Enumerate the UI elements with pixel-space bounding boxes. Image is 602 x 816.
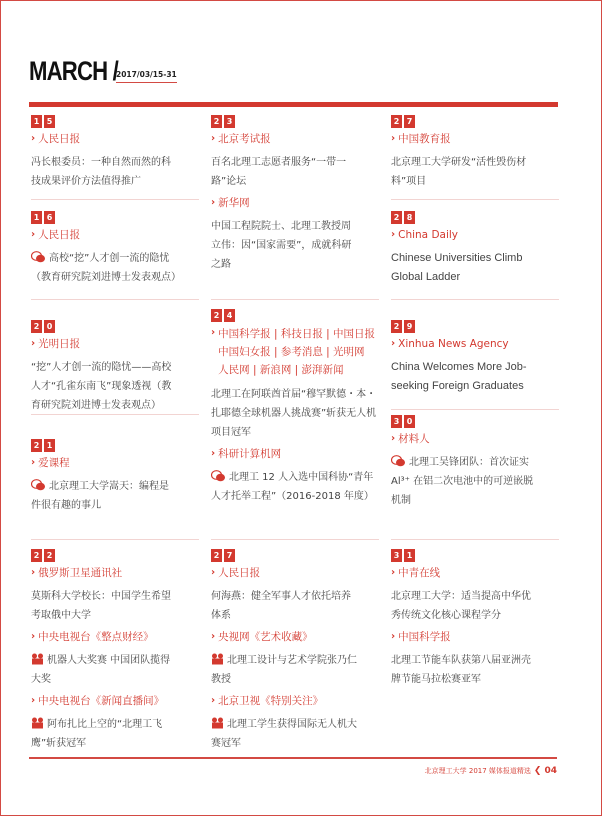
source-link[interactable]: ›材料人 (391, 431, 538, 447)
column-3-bottom: 31 ›中青在线 北京理工大学：适当提高中华优秀传统文化核心课程学分 ›中国科学… (391, 549, 538, 693)
entry-28: 28 ›China Daily Chinese Universities Cli… (391, 211, 538, 287)
entry-30: 30 ›材料人 北理工吴锋团队：首次证实 Al³⁺ 在铝二次电池中的可逆嵌脱机制 (391, 415, 538, 514)
entry-27-second: 27 ›人民日报 何海燕：健全军事人才依托培养体系 ›央视网《艺术收藏》 北理工… (211, 549, 358, 753)
headline[interactable]: 百名北理工志愿者服务“一带一路”论坛 (211, 153, 358, 191)
chevron-right-icon: › (31, 336, 35, 352)
source-link[interactable]: ›中青在线 (391, 565, 538, 581)
chevron-right-icon: › (211, 446, 215, 462)
column-2-bottom: 27 ›人民日报 何海燕：健全军事人才依托培养体系 ›央视网《艺术收藏》 北理工… (211, 549, 358, 757)
column-1: 15 ›人民日报 冯长根委员：一种自然而然的科技成果评价方法值得推广 16 ›人… (31, 115, 178, 519)
source-link[interactable]: ›中央电视台《整点财经》 (31, 629, 178, 645)
wechat-icon (391, 455, 406, 467)
divider (31, 199, 199, 200)
chevron-right-icon: › (31, 693, 35, 709)
headline[interactable]: “挖”人才创一流的隐忧——高校人才“孔雀东南飞”现象透视（教育研究院刘进博士发表… (31, 358, 178, 415)
chevron-left-icon: ❮ (534, 766, 542, 776)
entry-27: 27 ›中国教育报 北京理工大学研发“活性毁伤材料”项目 (391, 115, 538, 191)
divider (391, 409, 559, 410)
page-title: MARCH / (29, 58, 118, 85)
chevron-right-icon: › (391, 227, 395, 243)
chevron-right-icon: › (211, 629, 215, 645)
footer-text: 北京理工大学 2017 媒体报道精选 (425, 766, 531, 776)
source-link[interactable]: ›央视网《艺术收藏》 (211, 629, 358, 645)
top-rule (29, 102, 558, 107)
divider (31, 299, 199, 300)
column-2: 23 ›北京考试报 百名北理工志愿者服务“一带一路”论坛 ›新华网 中国工程院院… (211, 115, 358, 278)
video-icon (211, 653, 224, 665)
footer-rule (29, 757, 557, 759)
date-range: 2017/03/15-31 (116, 70, 177, 83)
chevron-right-icon: › (31, 455, 35, 471)
source-link[interactable]: ›China Daily (391, 227, 538, 243)
entry-22: 22 ›俄罗斯卫星通讯社 莫斯科大学校长：中国学生希望考取俄中大学 ›中央电视台… (31, 549, 178, 753)
headline[interactable]: 中国工程院院士、北理工教授周立伟：因“国家需要”，成就科研之路 (211, 217, 358, 274)
day-badge: 23 (211, 115, 358, 128)
entry-23: 23 ›北京考试报 百名北理工志愿者服务“一带一路”论坛 ›新华网 中国工程院院… (211, 115, 358, 274)
day-badge: 15 (31, 115, 178, 128)
day-badge: 20 (31, 320, 178, 333)
wechat-icon (211, 470, 226, 482)
entry-20: 20 ›光明日报 “挖”人才创一流的隐忧——高校人才“孔雀东南飞”现象透视（教育… (31, 320, 178, 415)
divider (31, 414, 199, 415)
headline[interactable]: 机器人大奖赛 中国团队揽得大奖 (31, 651, 178, 689)
headline[interactable]: 北理工吴锋团队：首次证实 Al³⁺ 在铝二次电池中的可逆嵌脱机制 (391, 453, 538, 510)
chevron-right-icon: › (391, 565, 395, 581)
chevron-right-icon: › (391, 629, 395, 645)
headline[interactable]: 何海燕：健全军事人才依托培养体系 (211, 587, 358, 625)
entry-15: 15 ›人民日报 冯长根委员：一种自然而然的科技成果评价方法值得推广 (31, 115, 178, 191)
column-3: 27 ›中国教育报 北京理工大学研发“活性毁伤材料”项目 28 ›China D… (391, 115, 538, 400)
chevron-right-icon: › (31, 629, 35, 645)
headline[interactable]: 高校“挖”人才创一流的隐忧（教育研究院刘进博士发表观点） (31, 249, 178, 287)
day-badge: 22 (31, 549, 178, 562)
chevron-right-icon: › (211, 565, 215, 581)
entry-16: 16 ›人民日报 高校“挖”人才创一流的隐忧（教育研究院刘进博士发表观点） (31, 211, 178, 287)
day-badge: 24 (211, 309, 379, 322)
divider (391, 199, 559, 200)
day-badge: 27 (391, 115, 538, 128)
wechat-icon (31, 251, 46, 263)
headline[interactable]: 北理工学生获得国际无人机大赛冠军 (211, 715, 358, 753)
video-icon (31, 717, 44, 729)
divider (31, 539, 199, 540)
source-link[interactable]: ›北京考试报 (211, 131, 358, 147)
source-link[interactable]: ›北京卫视《特别关注》 (211, 693, 358, 709)
entry-31: 31 ›中青在线 北京理工大学：适当提高中华优秀传统文化核心课程学分 ›中国科学… (391, 549, 538, 689)
source-link[interactable]: ›科研计算机网 (211, 446, 379, 462)
chevron-right-icon: › (211, 325, 215, 341)
headline[interactable]: 北京理工大学嵩天：编程是件很有趣的事儿 (31, 477, 178, 515)
headline[interactable]: 冯长根委员：一种自然而然的科技成果评价方法值得推广 (31, 153, 178, 191)
source-link[interactable]: ›中国教育报 (391, 131, 538, 147)
entry-24: 24 › 中国科学报 | 科技日报 | 中国日报 中国妇女报 | 参考消息 | … (211, 309, 379, 510)
headline[interactable]: China Welcomes More Job-seeking Foreign … (391, 358, 538, 396)
column-1-bottom: 22 ›俄罗斯卫星通讯社 莫斯科大学校长：中国学生希望考取俄中大学 ›中央电视台… (31, 549, 178, 757)
day-badge: 28 (391, 211, 538, 224)
day-badge: 29 (391, 320, 538, 333)
divider (391, 539, 559, 540)
chevron-right-icon: › (211, 131, 215, 147)
entry-29: 29 ›Xinhua News Agency China Welcomes Mo… (391, 320, 538, 396)
source-link[interactable]: ›中央电视台《新闻直播间》 (31, 693, 178, 709)
headline[interactable]: 莫斯科大学校长：中国学生希望考取俄中大学 (31, 587, 178, 625)
chevron-right-icon: › (391, 336, 395, 352)
chevron-right-icon: › (211, 693, 215, 709)
entry-21: 21 ›爱课程 北京理工大学嵩天：编程是件很有趣的事儿 (31, 439, 178, 515)
headline[interactable]: Chinese Universities Climb Global Ladder (391, 249, 538, 287)
chevron-right-icon: › (31, 565, 35, 581)
source-link[interactable]: ›新华网 (211, 195, 358, 211)
wechat-icon (31, 479, 46, 491)
source-link[interactable]: ›爱课程 (31, 455, 178, 471)
headline[interactable]: 北理工在阿联酋首届“穆罕默德・本・扎耶德全球机器人挑战赛”斩获无人机项目冠军 (211, 385, 379, 442)
headline[interactable]: 北理工节能车队获第八届亚洲壳牌节能马拉松赛亚军 (391, 651, 538, 689)
source-link[interactable]: ›人民日报 (211, 565, 358, 581)
source-link[interactable]: › 中国科学报 | 科技日报 | 中国日报 中国妇女报 | 参考消息 | 光明网… (211, 325, 379, 379)
chevron-right-icon: › (31, 227, 35, 243)
source-link[interactable]: ›Xinhua News Agency (391, 336, 538, 352)
headline[interactable]: 北理工 12 人入选中国科协“青年人才托举工程”（2016-2018 年度） (211, 468, 379, 506)
source-link[interactable]: ›人民日报 (31, 131, 178, 147)
source-link[interactable]: ›人民日报 (31, 227, 178, 243)
day-badge: 16 (31, 211, 178, 224)
chevron-right-icon: › (391, 131, 395, 147)
source-link[interactable]: ›俄罗斯卫星通讯社 (31, 565, 178, 581)
day-badge: 30 (391, 415, 538, 428)
source-link[interactable]: ›中国科学报 (391, 629, 538, 645)
divider (391, 299, 559, 300)
headline[interactable]: 北京理工大学研发“活性毁伤材料”项目 (391, 153, 538, 191)
chevron-right-icon: › (211, 195, 215, 211)
page-header: MARCH / 2017/03/15-31 (29, 58, 138, 85)
headline[interactable]: 北京理工大学：适当提高中华优秀传统文化核心课程学分 (391, 587, 538, 625)
divider (211, 539, 379, 540)
headline[interactable]: 阿布扎比上空的“北理工飞鹰”斩获冠军 (31, 715, 178, 753)
chevron-right-icon: › (391, 431, 395, 447)
day-badge: 27 (211, 549, 358, 562)
video-icon (211, 717, 224, 729)
day-badge: 31 (391, 549, 538, 562)
source-link[interactable]: ›光明日报 (31, 336, 178, 352)
day-badge: 21 (31, 439, 178, 452)
video-icon (31, 653, 44, 665)
chevron-right-icon: › (31, 131, 35, 147)
page-footer: 北京理工大学 2017 媒体报道精选 ❮ 04 (425, 766, 557, 776)
divider (211, 299, 379, 300)
page-number: 04 (544, 766, 557, 776)
headline[interactable]: 北理工设计与艺术学院张乃仁教授 (211, 651, 358, 689)
